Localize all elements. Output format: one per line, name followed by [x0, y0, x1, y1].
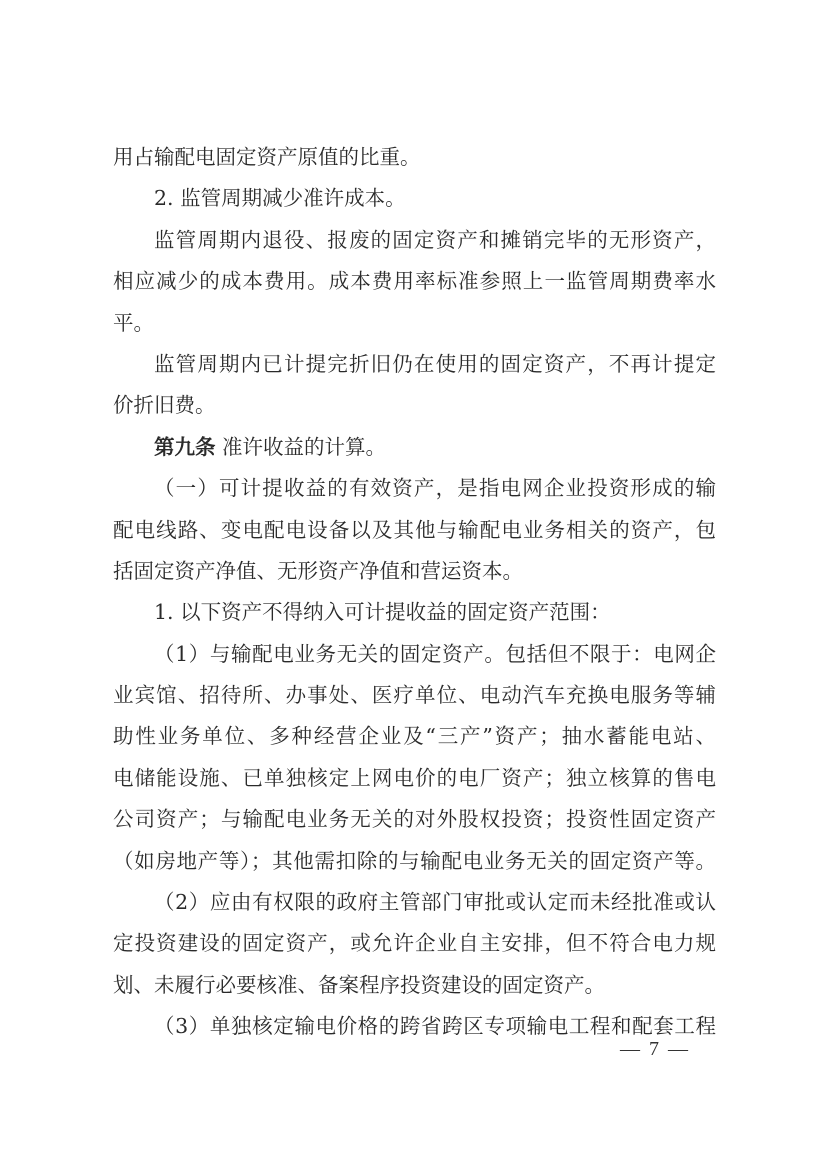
document-page: 用占输配电固定资产原值的比重。 2. 监管周期减少准许成本。 监管周期内退役、报… [113, 137, 716, 1048]
paragraph-line: 公司资产；与输配电业务无关的对外股权投资；投资性固定资产 [113, 799, 716, 840]
paragraph-line: 定投资建设的固定资产，或允许企业自主安排，但不符合电力规 [113, 923, 716, 964]
paragraph-line: （如房地产等）；其他需扣除的与输配电业务无关的固定资产等。 [113, 841, 716, 882]
paragraph-line: （一）可计提收益的有效资产，是指电网企业投资形成的输 [113, 468, 716, 509]
paragraph-line: 相应减少的成本费用。成本费用率标准参照上一监管周期费率水 [113, 261, 716, 302]
article-heading: 第九条 准许收益的计算。 [113, 427, 716, 468]
list-heading-1: 1. 以下资产不得纳入可计提收益的固定资产范围： [113, 592, 716, 633]
paragraph-line: （2）应由有权限的政府主管部门审批或认定而未经批准或认 [113, 882, 716, 923]
article-number: 第九条 [154, 435, 216, 459]
paragraph-line: 括固定资产净值、无形资产净值和营运资本。 [113, 551, 716, 592]
paragraph-line: 电储能设施、已单独核定上网电价的电厂资产；独立核算的售电 [113, 758, 716, 799]
paragraph-line: 业宾馆、招待所、办事处、医疗单位、电动汽车充换电服务等辅 [113, 675, 716, 716]
paragraph-line: 配电线路、变电配电设备以及其他与输配电业务相关的资产，包 [113, 510, 716, 551]
paragraph-line: 平。 [113, 303, 716, 344]
section-heading-2: 2. 监管周期减少准许成本。 [113, 178, 716, 219]
paragraph-line: 用占输配电固定资产原值的比重。 [113, 137, 716, 178]
paragraph-line: （1）与输配电业务无关的固定资产。包括但不限于：电网企 [113, 634, 716, 675]
paragraph-line: 划、未履行必要核准、备案程序投资建设的固定资产。 [113, 965, 716, 1006]
paragraph-line: 价折旧费。 [113, 385, 716, 426]
paragraph-line: 监管周期内退役、报废的固定资产和摊销完毕的无形资产， [113, 220, 716, 261]
article-title: 准许收益的计算。 [216, 435, 387, 459]
paragraph-line: 监管周期内已计提完折旧仍在使用的固定资产，不再计提定 [113, 344, 716, 385]
page-number: — 7 — [620, 1038, 690, 1061]
paragraph-line: 助性业务单位、多种经营企业及“三产”资产；抽水蓄能电站、 [113, 716, 716, 757]
